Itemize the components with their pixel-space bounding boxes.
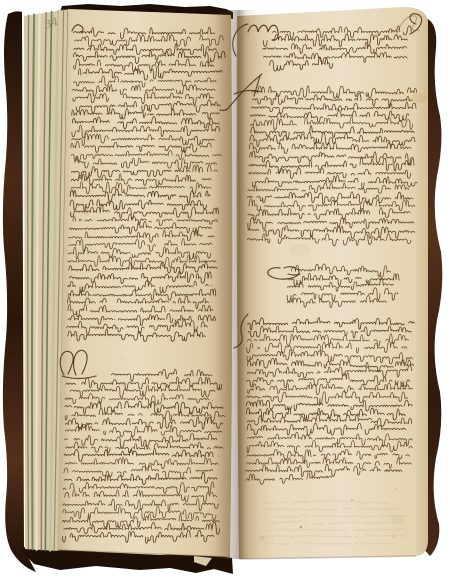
speckle — [139, 243, 140, 244]
speckle — [116, 47, 118, 49]
speckle — [311, 545, 312, 546]
speckle — [123, 390, 124, 391]
speckle — [374, 91, 375, 92]
speckle — [400, 125, 402, 127]
speckle — [173, 526, 175, 528]
speckle — [187, 351, 188, 352]
speckle — [355, 112, 356, 113]
speckle — [83, 134, 85, 136]
speckle — [338, 336, 340, 338]
speckle — [169, 340, 171, 342]
speckle — [207, 314, 209, 316]
speckle — [251, 139, 253, 141]
speckle — [279, 18, 280, 19]
speckle — [303, 245, 304, 246]
speckle — [417, 21, 418, 22]
speckle — [207, 326, 208, 327]
speckle — [339, 297, 341, 299]
manuscript-photo: 34 — [0, 0, 450, 582]
speckle — [110, 493, 111, 494]
speckle — [172, 415, 173, 416]
speckle — [392, 535, 394, 537]
speckle — [263, 544, 265, 546]
speckle — [143, 17, 145, 19]
speckle — [301, 246, 302, 247]
speckle — [293, 421, 295, 423]
speckle — [133, 375, 135, 377]
speckle — [405, 381, 407, 383]
speckle — [329, 118, 331, 120]
speckle — [215, 72, 216, 73]
speckle — [305, 496, 307, 498]
speckle — [74, 387, 75, 388]
speckle — [213, 246, 215, 248]
speckle — [209, 183, 210, 184]
speckle — [85, 342, 86, 343]
speckle — [395, 488, 397, 490]
speckle — [185, 325, 187, 327]
speckle — [263, 463, 265, 465]
speckle — [266, 463, 268, 465]
speckle — [160, 325, 162, 327]
open-book: 34 — [0, 0, 450, 582]
left-page — [57, 9, 232, 557]
speckle — [122, 358, 124, 360]
speckle — [92, 437, 93, 438]
speckle — [164, 210, 165, 211]
speckle — [126, 388, 128, 390]
speckle — [108, 91, 109, 92]
speckle — [364, 109, 366, 111]
